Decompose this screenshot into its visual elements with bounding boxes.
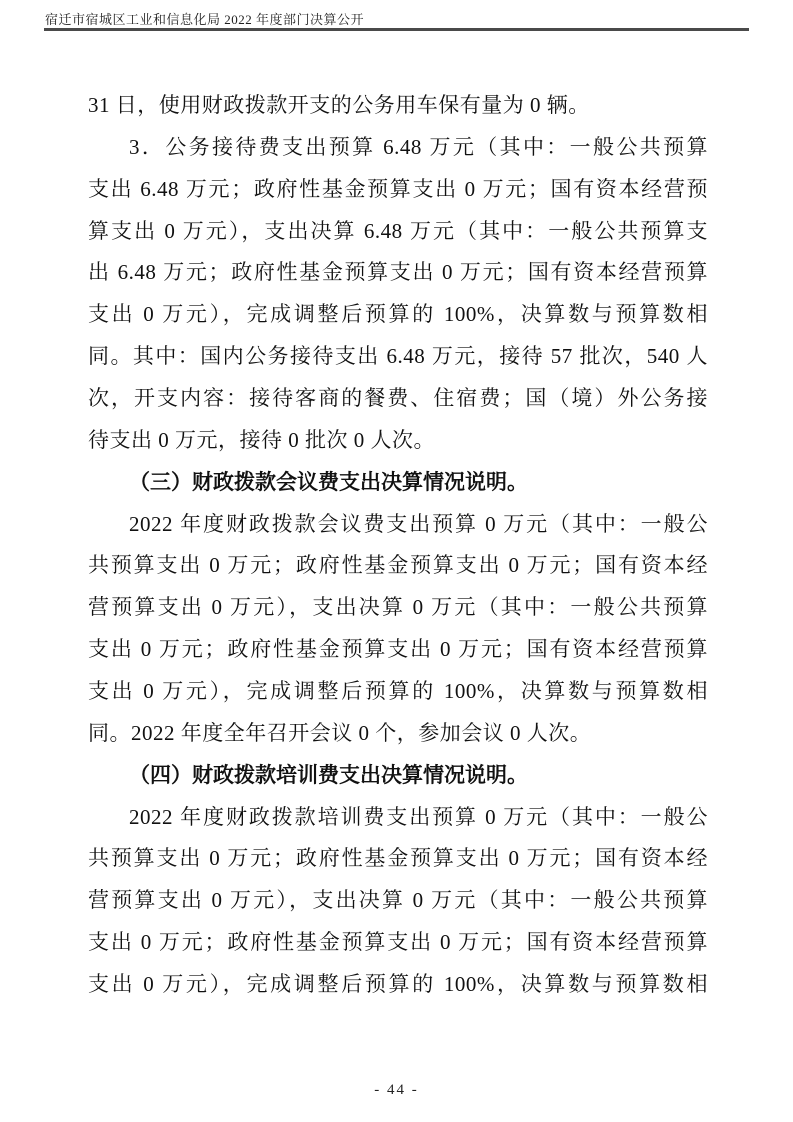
- body-text-line: 支出 0 万元；政府性基金预算支出 0 万元；国有资本经营预算: [88, 922, 708, 964]
- body-text-line: 待支出 0 万元，接待 0 批次 0 人次。: [88, 420, 708, 462]
- body-text-line: 支出 0 万元；政府性基金预算支出 0 万元；国有资本经营预算: [88, 629, 708, 671]
- document-header-title: 宿迁市宿城区工业和信息化局 2022 年度部门决算公开: [45, 9, 364, 28]
- document-page: 宿迁市宿城区工业和信息化局 2022 年度部门决算公开 31 日，使用财政拨款开…: [0, 0, 793, 1122]
- body-text-line: 2022 年度财政拨款会议费支出预算 0 万元（其中：一般公: [88, 504, 708, 546]
- section-heading: （四）财政拨款培训费支出决算情况说明。: [88, 755, 708, 797]
- body-text-line: 算支出 0 万元），支出决算 6.48 万元（其中：一般公共预算支: [88, 211, 708, 253]
- body-text-line: 31 日，使用财政拨款开支的公务用车保有量为 0 辆。: [88, 85, 708, 127]
- body-text-line: 3．公务接待费支出预算 6.48 万元（其中：一般公共预算: [88, 127, 708, 169]
- body-text-line: 出 6.48 万元；政府性基金预算支出 0 万元；国有资本经营预算: [88, 252, 708, 294]
- body-text-line: 共预算支出 0 万元；政府性基金预算支出 0 万元；国有资本经: [88, 545, 708, 587]
- body-text-line: 2022 年度财政拨款培训费支出预算 0 万元（其中：一般公: [88, 797, 708, 839]
- body-text-line: 支出 0 万元），完成调整后预算的 100%，决算数与预算数相: [88, 964, 708, 1006]
- document-body: 31 日，使用财政拨款开支的公务用车保有量为 0 辆。3．公务接待费支出预算 6…: [88, 85, 708, 1006]
- page-number: - 44 -: [0, 1082, 793, 1099]
- body-text-line: 次，开支内容：接待客商的餐费、住宿费；国（境）外公务接: [88, 378, 708, 420]
- body-text-line: 支出 0 万元），完成调整后预算的 100%，决算数与预算数相: [88, 671, 708, 713]
- body-text-line: 同。2022 年度全年召开会议 0 个，参加会议 0 人次。: [88, 713, 708, 755]
- header-divider: [44, 28, 749, 31]
- body-text-line: 支出 0 万元），完成调整后预算的 100%，决算数与预算数相: [88, 294, 708, 336]
- body-text-line: 同。其中：国内公务接待支出 6.48 万元，接待 57 批次，540 人: [88, 336, 708, 378]
- body-text-line: 共预算支出 0 万元；政府性基金预算支出 0 万元；国有资本经: [88, 838, 708, 880]
- body-text-line: 营预算支出 0 万元），支出决算 0 万元（其中：一般公共预算: [88, 587, 708, 629]
- section-heading: （三）财政拨款会议费支出决算情况说明。: [88, 462, 708, 504]
- body-text-line: 支出 6.48 万元；政府性基金预算支出 0 万元；国有资本经营预: [88, 169, 708, 211]
- body-text-line: 营预算支出 0 万元），支出决算 0 万元（其中：一般公共预算: [88, 880, 708, 922]
